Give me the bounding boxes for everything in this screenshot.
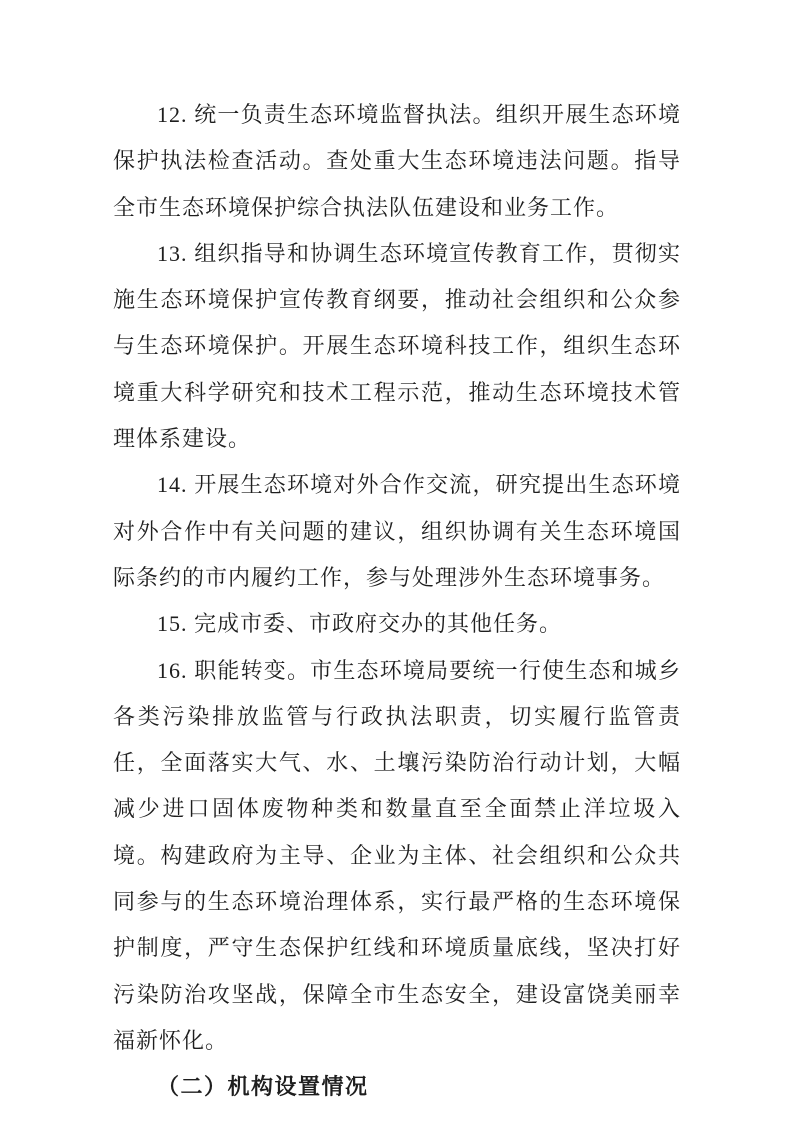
- section-heading: （二）机构设置情况: [113, 1064, 681, 1110]
- paragraph-item-13: 13. 组织指导和协调生态环境宣传教育工作，贯彻实施生态环境保护宣传教育纲要，推…: [113, 231, 681, 462]
- paragraph-item-14: 14. 开展生态环境对外合作交流，研究提出生态环境对外合作中有关问题的建议，组织…: [113, 462, 681, 601]
- paragraph-item-15: 15. 完成市委、市政府交办的其他任务。: [113, 601, 681, 647]
- document-page: 12. 统一负责生态环境监督执法。组织开展生态环境保护执法检查活动。查处重大生态…: [0, 0, 793, 1122]
- paragraph-item-16: 16. 职能转变。市生态环境局要统一行使生态和城乡各类污染排放监管与行政执法职责…: [113, 648, 681, 1065]
- document-body: 12. 统一负责生态环境监督执法。组织开展生态环境保护执法检查活动。查处重大生态…: [113, 92, 681, 1111]
- paragraph-item-12: 12. 统一负责生态环境监督执法。组织开展生态环境保护执法检查活动。查处重大生态…: [113, 92, 681, 231]
